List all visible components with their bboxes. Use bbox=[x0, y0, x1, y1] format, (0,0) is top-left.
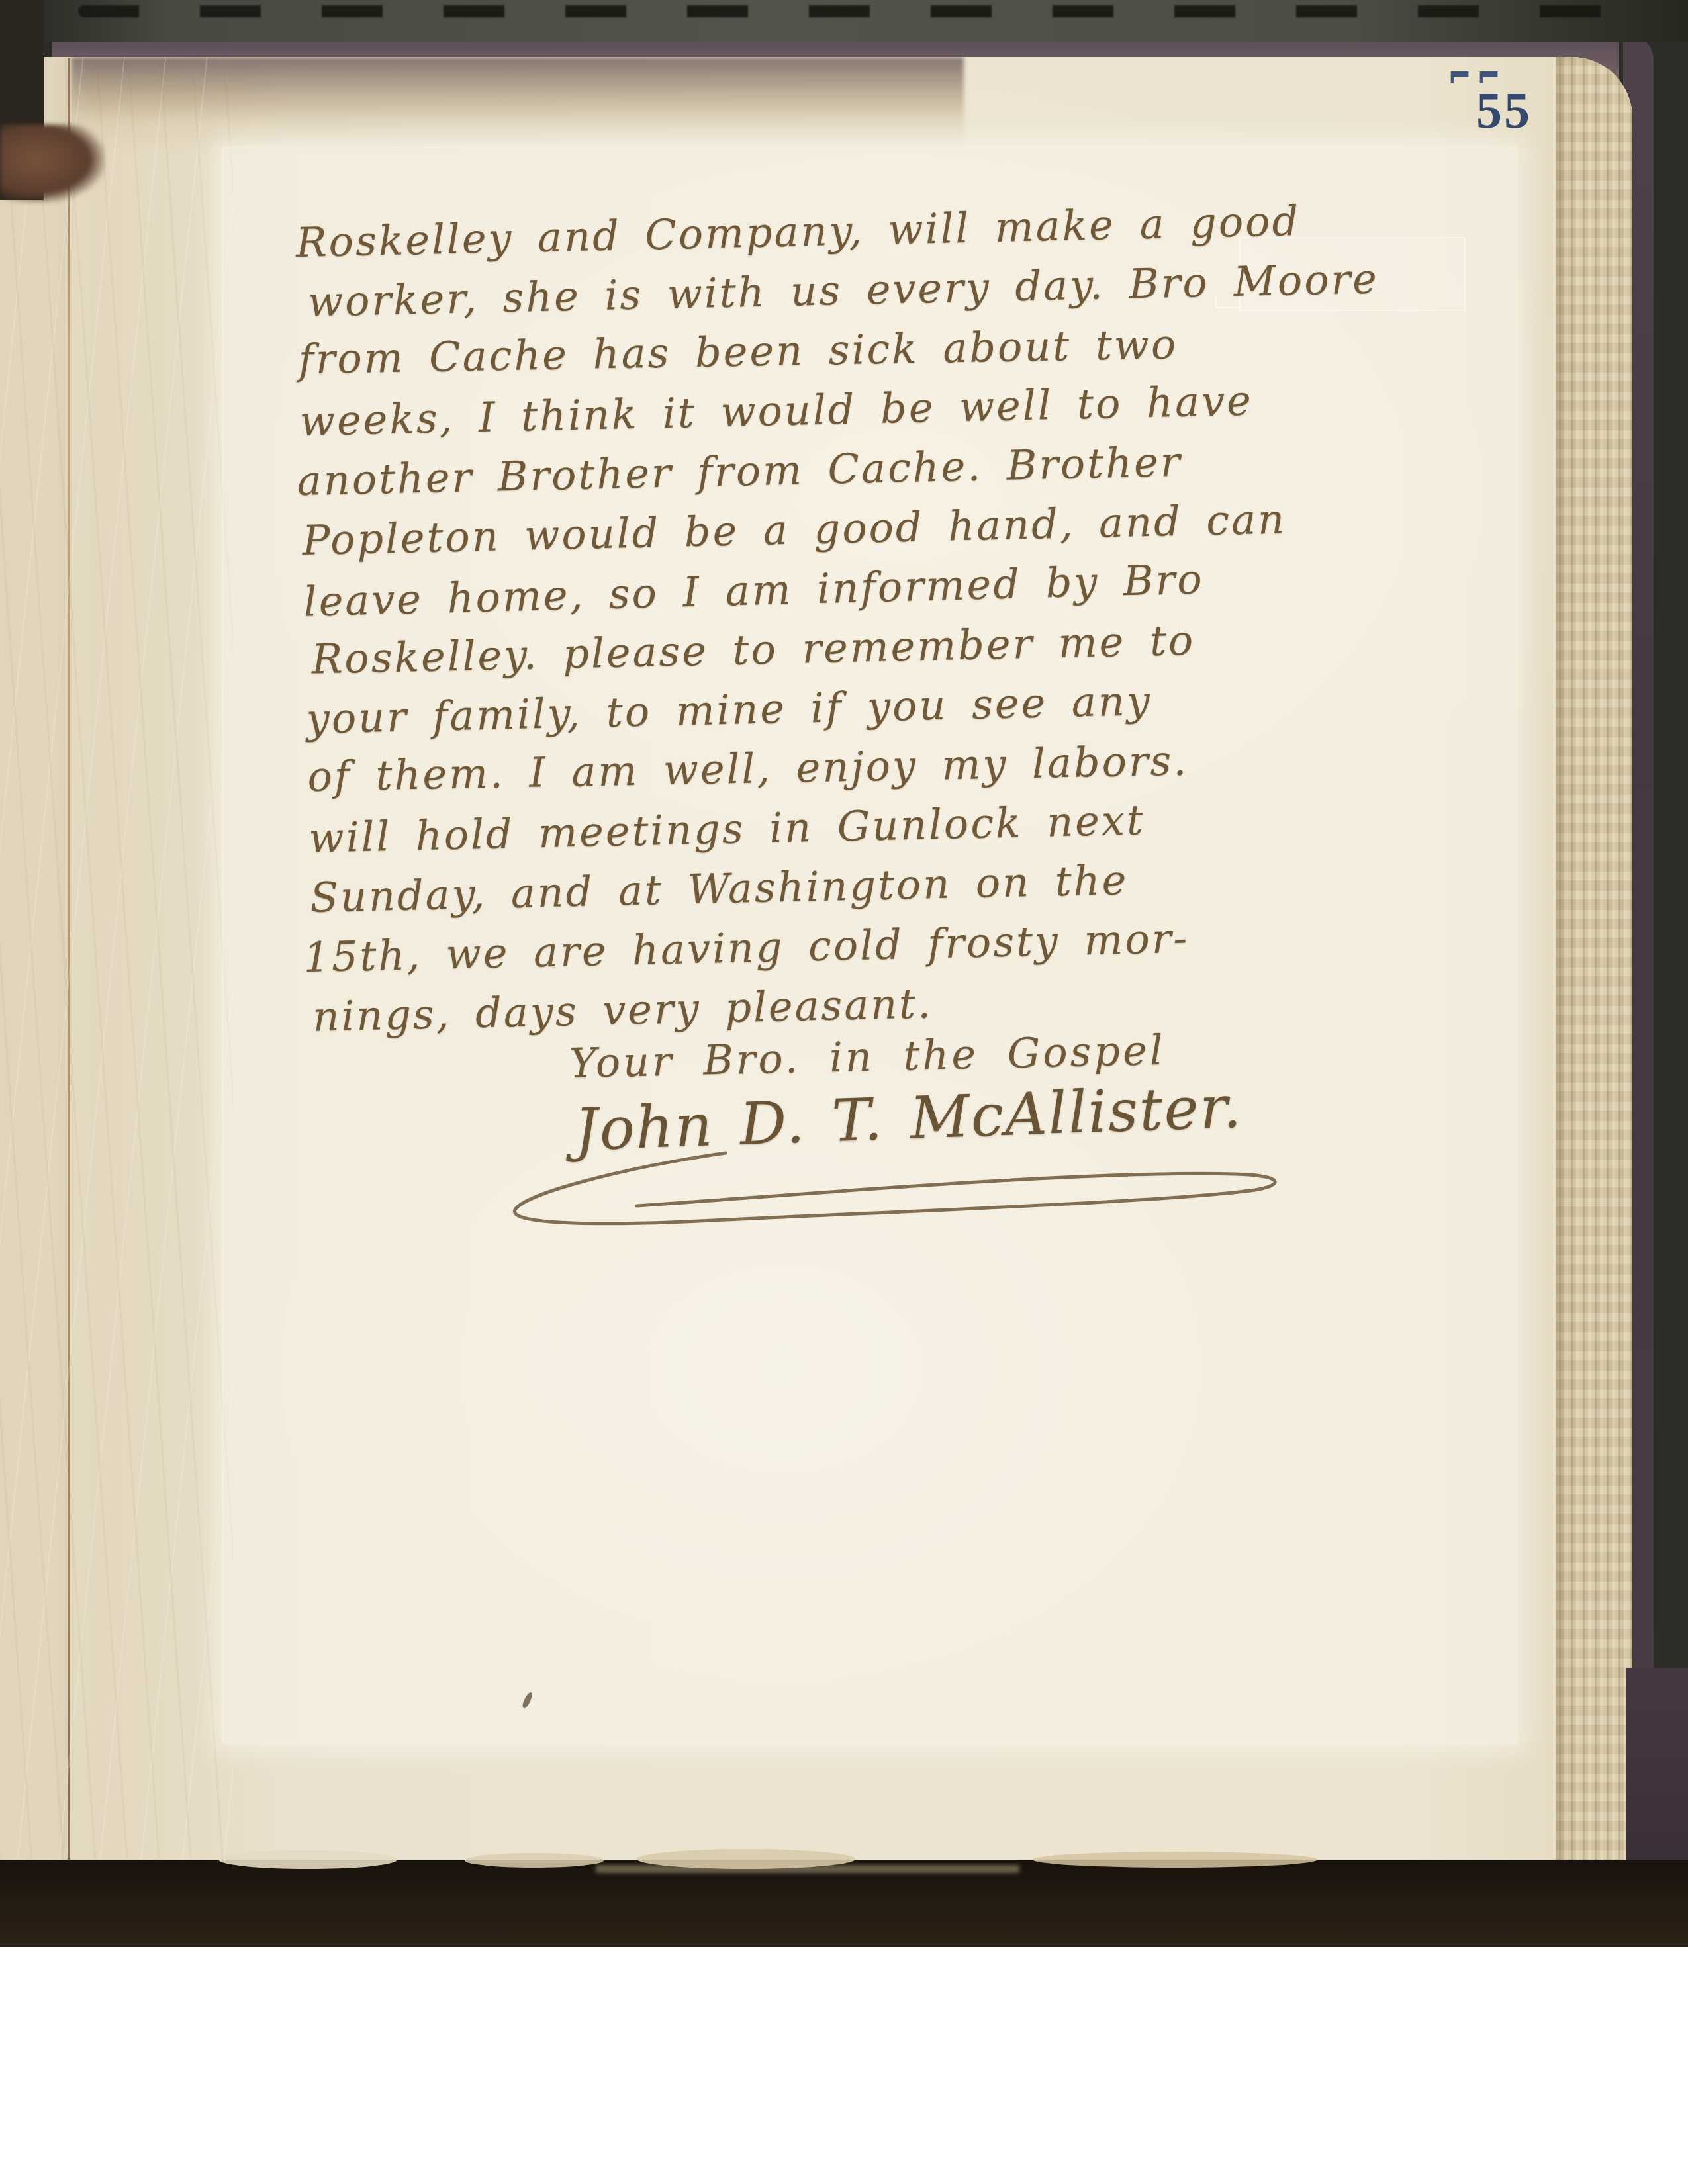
page-number-ghost-digits: 55 bbox=[1447, 62, 1540, 83]
page-number-ghost: 55 bbox=[1447, 62, 1540, 83]
page-bottom-edge-streak bbox=[596, 1865, 1019, 1873]
paper-wrinkles bbox=[0, 57, 233, 1878]
page-bottom-edge-highlight bbox=[218, 1850, 397, 1869]
signature-flourish-icon bbox=[492, 1140, 1307, 1239]
page-bottom-edge-highlight bbox=[1033, 1852, 1317, 1868]
book-pages: 55 55 Roskelley and Company, will make a… bbox=[0, 57, 1632, 1878]
scanner-bottom-band bbox=[0, 1860, 1688, 1947]
binding-dashes bbox=[78, 5, 1614, 17]
page-bottom-edge-highlight bbox=[465, 1853, 604, 1868]
cover-fragment-top-left bbox=[0, 124, 105, 203]
letter-body: Roskelley and Company, will make a good … bbox=[295, 189, 1395, 1046]
book-cover-bottom-corner bbox=[1626, 1668, 1688, 1888]
scanner-top-band bbox=[0, 0, 1688, 42]
page-edge-stack bbox=[1556, 57, 1632, 1878]
page-number: 55 bbox=[1476, 85, 1532, 136]
photo-area: 55 55 Roskelley and Company, will make a… bbox=[0, 0, 1688, 1947]
scan-canvas: { "page": { "number": "55", "letter_line… bbox=[0, 0, 1688, 2184]
